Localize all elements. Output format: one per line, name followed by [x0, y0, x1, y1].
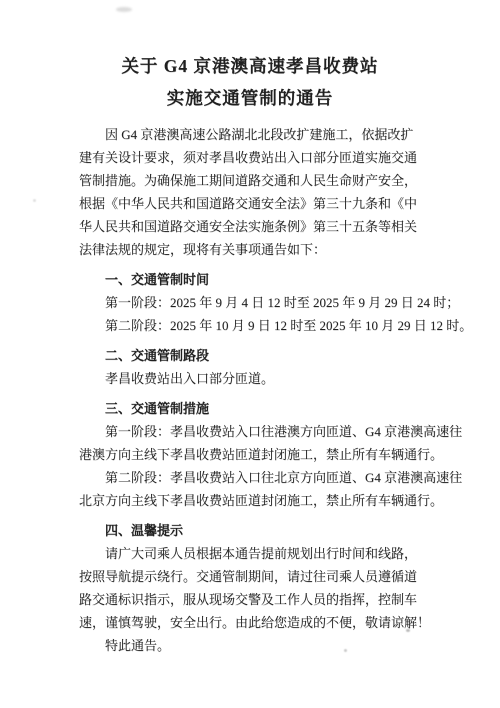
- notice-page: 关于 G4 京港澳高速孝昌收费站 实施交通管制的通告 因 G4 京港澳高速公路湖…: [0, 0, 500, 708]
- text-line: 华人民共和国道路交通安全法实施条例》第三十五条等相关: [79, 215, 431, 238]
- scan-artifact: [33, 199, 36, 202]
- notice-title: 关于 G4 京港澳高速孝昌收费站 实施交通管制的通告: [0, 0, 500, 114]
- text-line: 第一阶段：孝昌收费站入口往港澳方向匝道、G4 京港澳高速往: [79, 420, 431, 443]
- text-line: 请广大司乘人员根据本通告提前规划出行时间和线路，: [79, 542, 431, 565]
- text-line: 因 G4 京港澳高速公路湖北北段改扩建施工，依据改扩: [79, 123, 431, 146]
- section-heading: 三、交通管制措施: [79, 397, 431, 420]
- text-line: 第二阶段：孝昌收费站入口往北京方向匝道、G4 京港澳高速往: [79, 466, 431, 489]
- text-line: 北京方向主线下孝昌收费站匝道封闭施工，禁止所有车辆通行。: [79, 489, 431, 512]
- document-body: 因 G4 京港澳高速公路湖北北段改扩建施工，依据改扩建有关设计要求，须对孝昌收费…: [79, 123, 431, 657]
- section-heading: 四、温馨提示: [79, 519, 431, 542]
- section-heading: 二、交通管制路段: [79, 344, 431, 367]
- text-line: 第一阶段：2025 年 9 月 4 日 12 时至 2025 年 9 月 29 …: [79, 291, 431, 314]
- notice-title-line-1: 关于 G4 京港澳高速孝昌收费站: [0, 50, 500, 82]
- text-line: 速，谨慎驾驶，安全出行。由此给您造成的不便，敬请谅解！: [79, 611, 431, 634]
- section-heading: 一、交通管制时间: [79, 268, 431, 291]
- text-line: 法律法规的规定，现将有关事项通告如下：: [79, 238, 431, 261]
- text-line: 特此通告。: [79, 634, 431, 657]
- text-line: 建有关设计要求，须对孝昌收费站出入口部分匝道实施交通: [79, 146, 431, 169]
- text-line: 路交通标识指示，服从现场交警及工作人员的指挥，控制车: [79, 588, 431, 611]
- text-line: 孝昌收费站出入口部分匝道。: [79, 367, 431, 390]
- text-line: 港澳方向主线下孝昌收费站匝道封闭施工，禁止所有车辆通行。: [79, 443, 431, 466]
- notice-title-line-2: 实施交通管制的通告: [0, 82, 500, 114]
- text-line: 管制措施。为确保施工期间道路交通和人民生命财产安全，: [79, 169, 431, 192]
- text-line: 按照导航提示绕行。交通管制期间，请过往司乘人员遵循道: [79, 565, 431, 588]
- text-line: 第二阶段：2025 年 10 月 9 日 12 时至 2025 年 10 月 2…: [79, 314, 431, 337]
- text-line: 根据《中华人民共和国道路交通安全法》第三十九条和《中: [79, 192, 431, 215]
